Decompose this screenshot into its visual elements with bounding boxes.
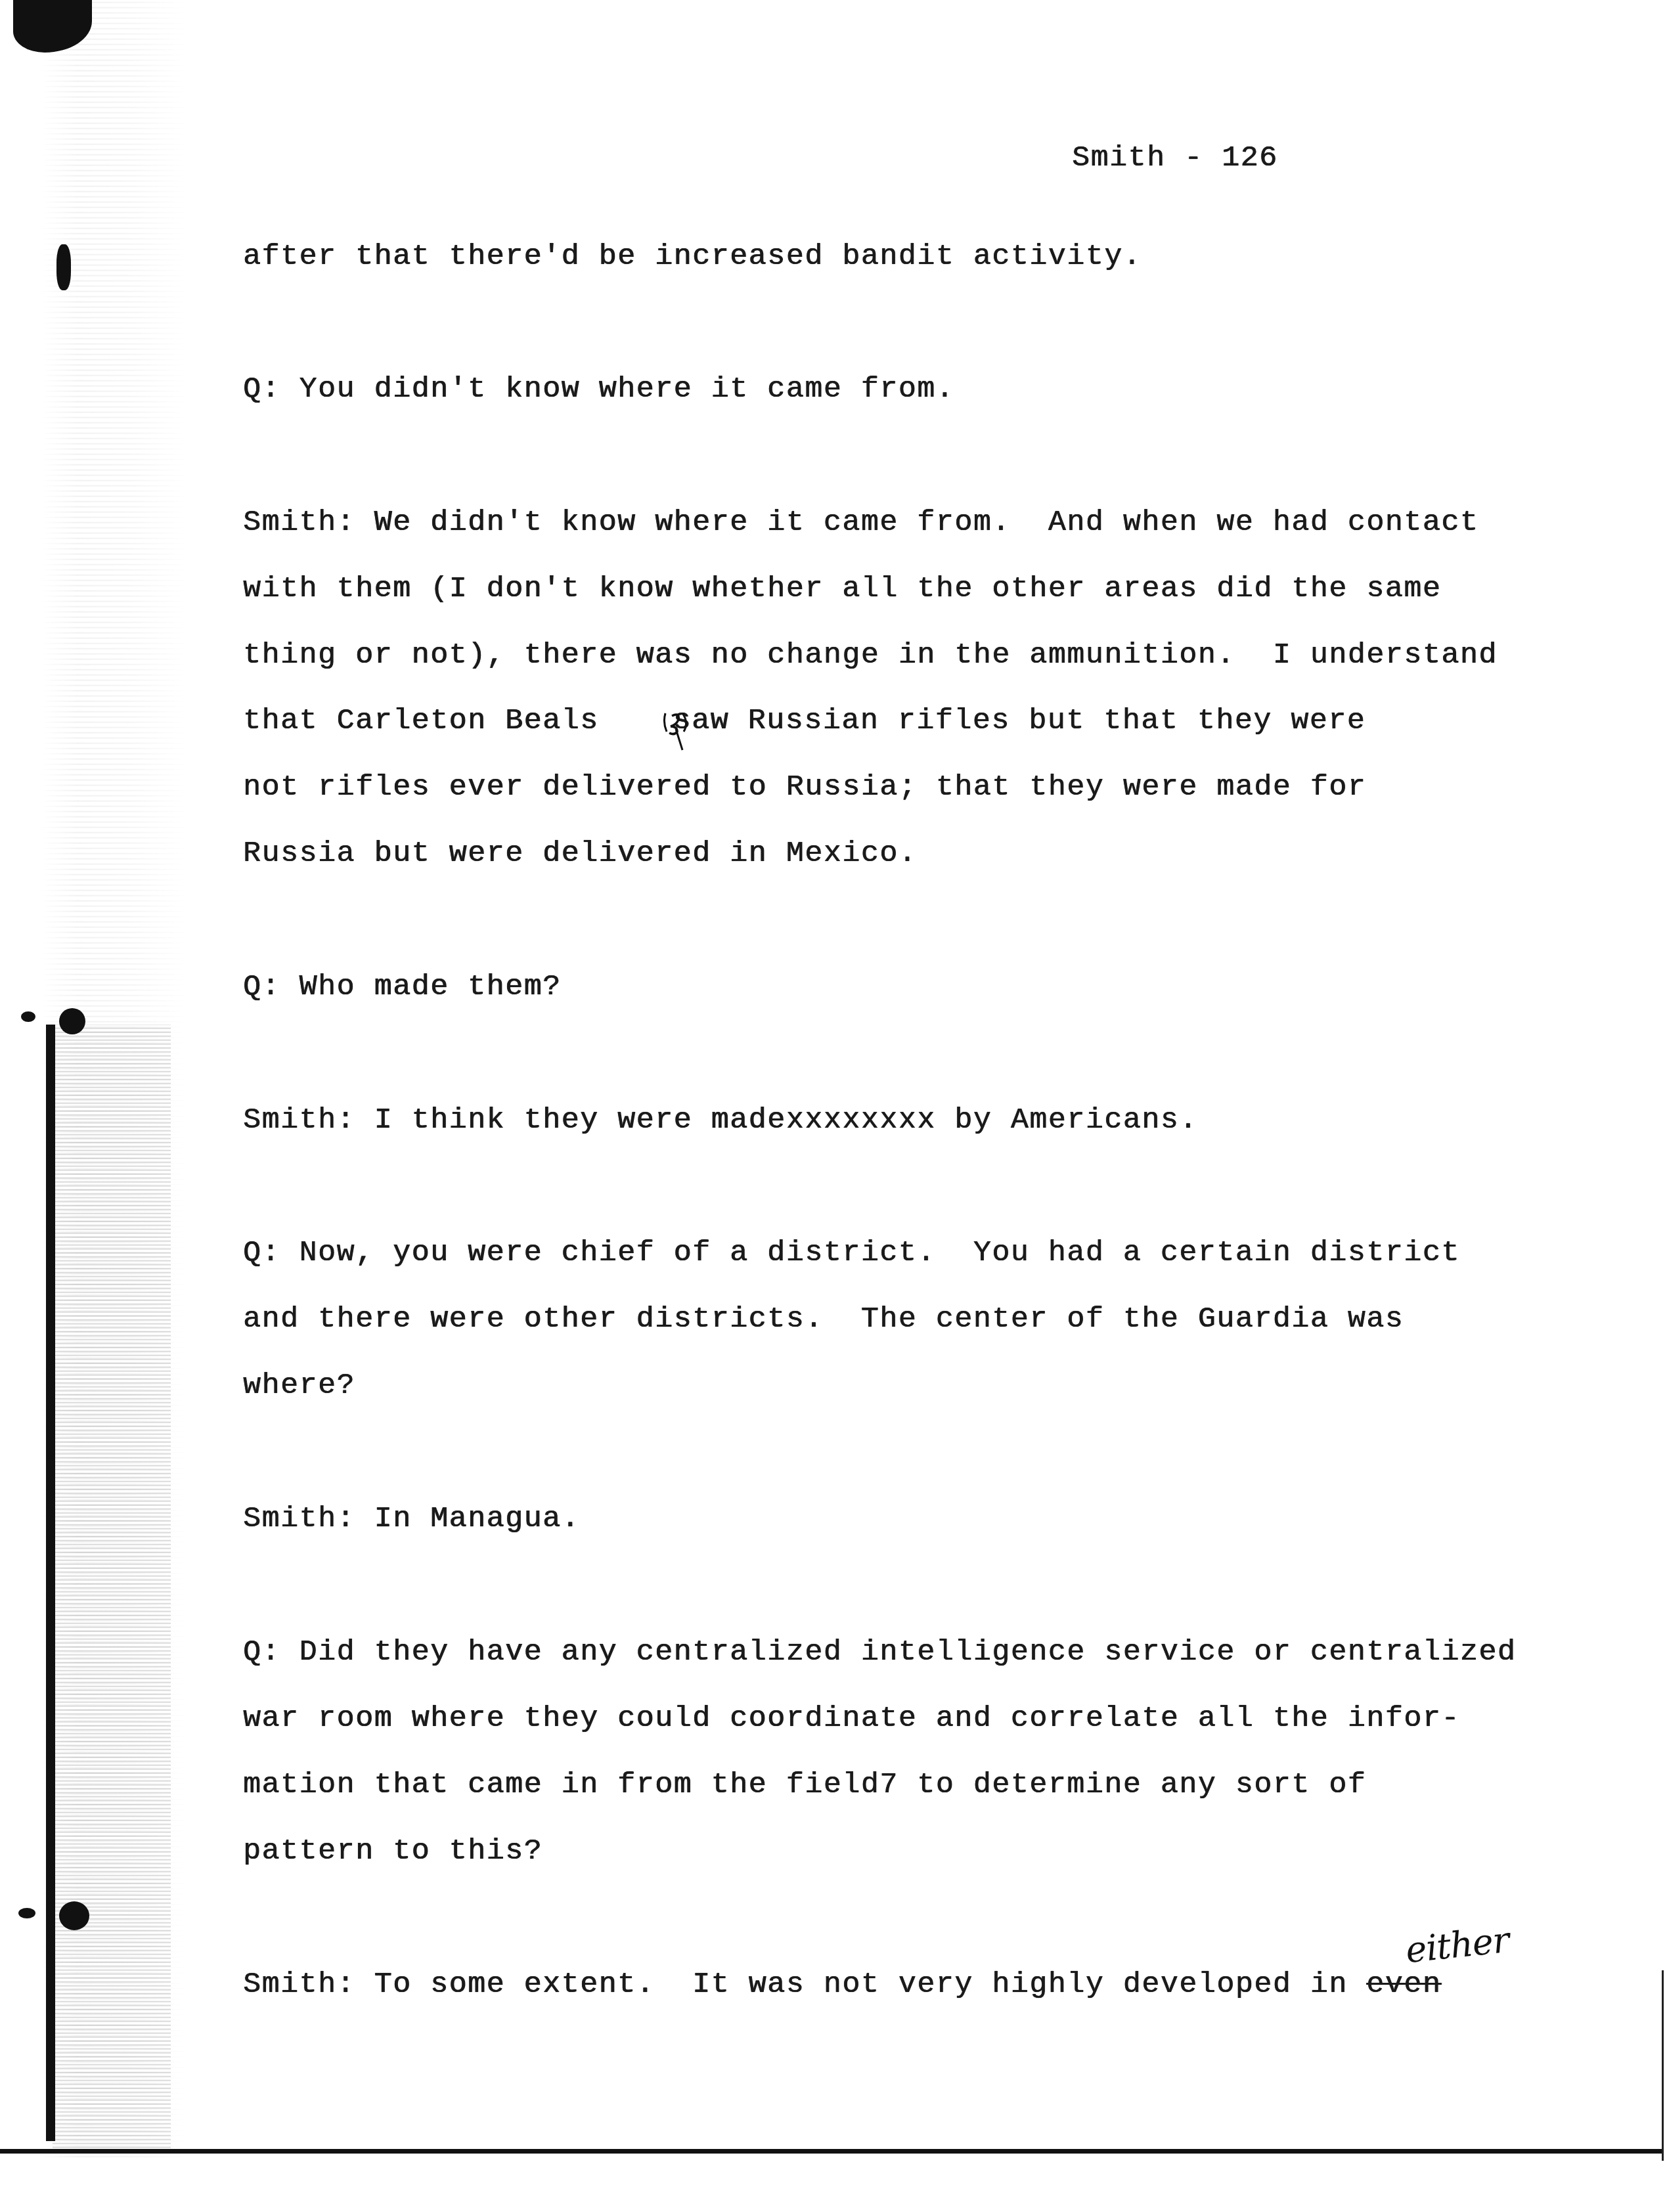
binder-speck <box>18 1908 35 1918</box>
binder-speck <box>21 1011 35 1022</box>
question-line: war room where they could coordinate and… <box>243 1704 1460 1733</box>
binder-hole-mark <box>59 1901 89 1930</box>
text-line: after that there'd be increased bandit a… <box>243 242 1142 271</box>
question-line: where? <box>243 1371 355 1400</box>
answer-text: that Carleton Beals <box>243 704 617 738</box>
binder-spine-mark <box>46 1025 55 2141</box>
handwritten-query-mark-icon <box>663 709 693 755</box>
answer-line: thing or not), there was no change in th… <box>243 640 1498 670</box>
handwritten-correction: either <box>1404 1919 1511 1971</box>
question-line: Q: Who made them? <box>243 972 562 1002</box>
answer-text: saw Russian rifles but that they were <box>654 704 1366 738</box>
answer-line: Smith: In Managua. <box>243 1504 580 1534</box>
binder-speck <box>56 244 71 290</box>
typed-strikeover: xxxxxxxx <box>786 1103 936 1137</box>
question-line: mation that came in from the field7 to d… <box>243 1770 1366 1800</box>
answer-text: by Americans. <box>936 1103 1198 1137</box>
question-line: pattern to this? <box>243 1836 543 1866</box>
answer-line: Smith: To some extent. It was not very h… <box>243 1970 1441 1999</box>
answer-line: Smith: I think they were madexxxxxxxx by… <box>243 1105 1198 1135</box>
page-right-edge <box>1662 1970 1664 2161</box>
answer-line: Russia but were delivered in Mexico. <box>243 839 917 868</box>
question-line: Q: Did they have any centralized intelli… <box>243 1637 1516 1667</box>
answer-line: with them (I don't know whether all the … <box>243 574 1441 604</box>
question-line: Q: Now, you were chief of a district. Yo… <box>243 1238 1460 1268</box>
scan-binding-noise <box>53 1025 171 2154</box>
struck-word: even <box>1366 1968 1441 2001</box>
question-line: and there were other districts. The cent… <box>243 1304 1404 1334</box>
running-head: Smith - 126 <box>1072 143 1278 173</box>
question-line: Q: You didn't know where it came from. <box>243 374 954 404</box>
answer-line: Smith: We didn't know where it came from… <box>243 508 1478 537</box>
answer-line: that Carleton Beals saw Russian rifles b… <box>243 706 1366 736</box>
binder-hole-mark <box>59 1008 85 1034</box>
answer-text: Smith: To some extent. It was not very h… <box>243 1968 1366 2001</box>
answer-text: Smith: I think they were made <box>243 1103 786 1137</box>
document-page: Smith - 126 after that there'd be increa… <box>0 0 1667 2212</box>
answer-line: not rifles ever delivered to Russia; tha… <box>243 772 1366 802</box>
page-bottom-edge <box>0 2149 1663 2154</box>
